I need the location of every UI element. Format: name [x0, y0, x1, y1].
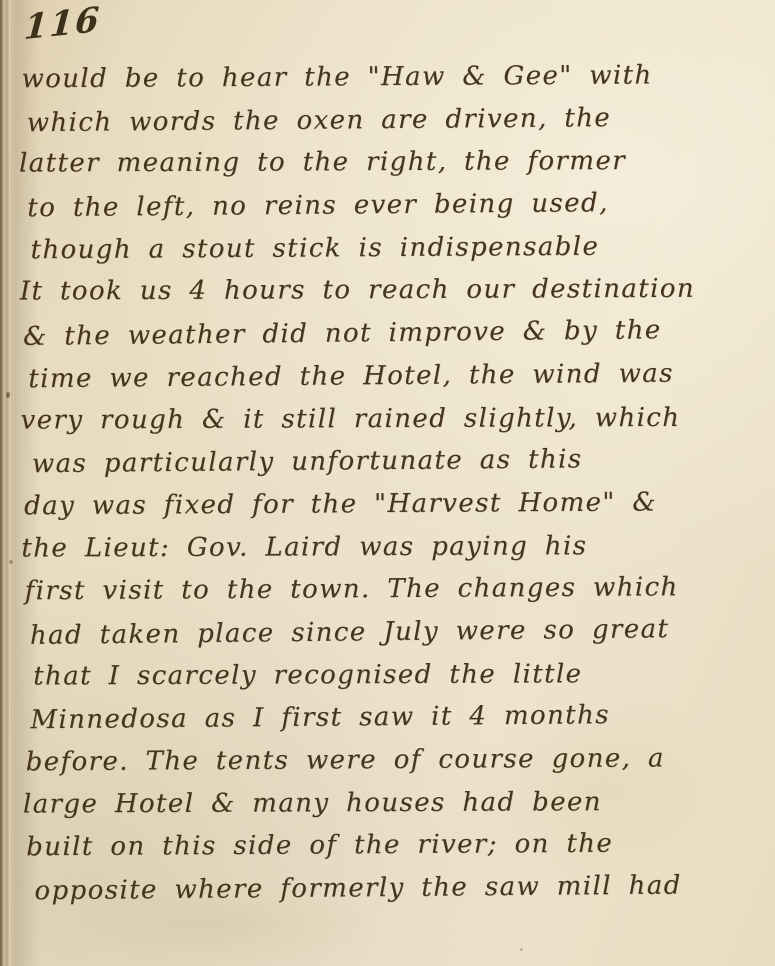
paper-speck: [9, 560, 13, 564]
manuscript-line: the Lieut: Gov. Laird was paying his: [21, 524, 771, 570]
manuscript-line: It took us 4 hours to reach our destinat…: [20, 268, 770, 314]
manuscript-line: was particularly unfortunate as this: [32, 437, 771, 486]
paper-speck: [6, 392, 10, 398]
manuscript-line: built on this side of the river; on the: [26, 822, 773, 869]
manuscript-line: to the left, no reins ever being used,: [27, 181, 769, 230]
manuscript-line: latter meaning to the right, the former: [19, 140, 769, 186]
manuscript-line: Minnedosa as I first saw it 4 months: [30, 693, 772, 742]
manuscript-line: which words the oxen are driven, the: [27, 95, 769, 144]
manuscript-line: though a stout stick is indispensable: [30, 224, 769, 271]
manuscript-line: large Hotel & many houses had been: [23, 780, 773, 826]
manuscript-line: before. The tents were of course gone, a: [26, 737, 773, 784]
manuscript-line: first visit to the town. The changes whi…: [25, 566, 772, 613]
manuscript-line: & the weather did not improve & by the: [23, 308, 770, 359]
manuscript-line: time we reached the Hotel, the wind was: [28, 352, 770, 401]
manuscript-line: would be to hear the "Haw & Gee" with: [21, 54, 768, 101]
page-number: 116: [23, 0, 102, 48]
manuscript-line: very rough & it still rained slightly, w…: [21, 396, 771, 442]
manuscript-page: 116 would be to hear the "Haw & Gee" wit…: [0, 0, 775, 966]
manuscript-line: opposite where formerly the saw mill had: [34, 864, 773, 913]
manuscript-line: that I scarcely recognised the little: [33, 652, 772, 698]
manuscript-line: had taken place since July were so great: [30, 607, 772, 657]
paper-speck: [520, 948, 523, 951]
manuscript-text: would be to hear the "Haw & Gee" with wh…: [21, 54, 773, 912]
manuscript-line: day was fixed for the "Harvest Home" &: [24, 481, 771, 528]
